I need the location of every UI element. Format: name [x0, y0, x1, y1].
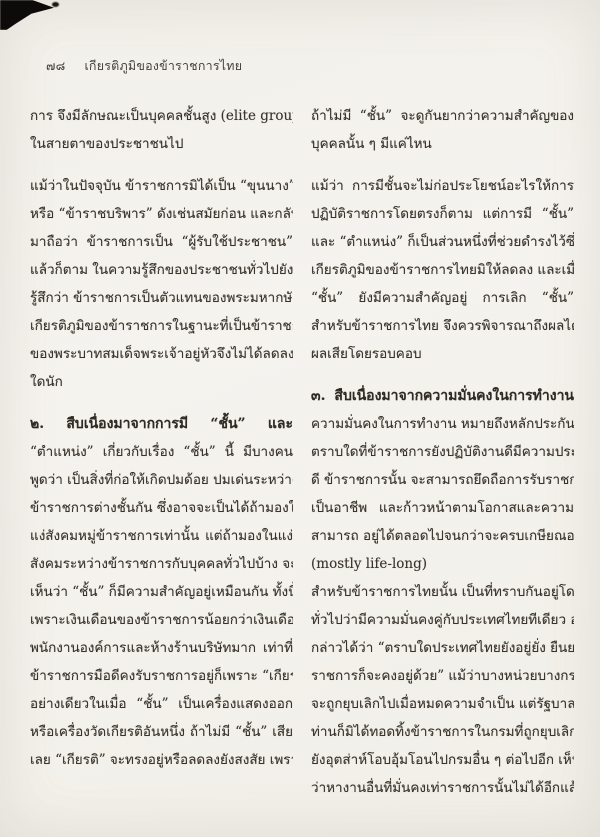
paragraph-block: แม้ว่า การมีชั้นจะไม่ก่อประโยชน์อะไรให้ก… — [311, 172, 574, 368]
text-line: แม้ว่าในปัจจุบัน ข้าราชการมิได้เป็น “ขุน… — [30, 172, 293, 200]
text-line: “ตำแหน่ง” เกี่ยวกับเรื่อง “ชั้น” นี้ มีบ… — [30, 438, 293, 466]
text-line: ยังอุตส่าห์โอบอุ้มโอนไปกรมอื่น ๆ ต่อไปอี… — [311, 746, 574, 774]
text-line: สำหรับข้าราชการไทยนั้น เป็นที่ทราบกันอยู… — [311, 578, 574, 606]
text-line: หรือ “ข้าราชบริพาร” ดังเช่นสมัยก่อน และก… — [30, 200, 293, 228]
text-line: เกียรติภูมิของข้าราชการในฐานะที่เป็นข้าร… — [30, 312, 293, 340]
text-line: จะถูกยุบเลิกไปเมื่อหมดความจำเป็น แต่รัฐบ… — [311, 690, 574, 718]
text-line: ตราบใดที่ข้าราชการยังปฏิบัติงานดีมีความป… — [311, 438, 574, 466]
scanned-book-page: ๗๘ เกียรติภูมิของข้าราชการไทย การ จึงมีล… — [0, 0, 600, 837]
text-line: ท่านก็มิได้ทอดทิ้งข้าราชการในกรมที่ถูกยุ… — [311, 718, 574, 746]
text-line: ของพระบาทสมเด็จพระเจ้าอยู่หัวจึงไม่ได้ลด… — [30, 340, 293, 368]
text-line: พูดว่า เป็นสิ่งที่ก่อให้เกิดปมด้อย ปมเด่… — [30, 466, 293, 494]
text-line: ว่าหางานอื่นที่มั่นคงเท่าราชการนั้นไม่ได… — [311, 774, 574, 802]
section-block: ๒. สืบเนื่องมาจากการมี “ชั้น” และ“ตำแหน่… — [30, 410, 293, 774]
scan-artifact-corner — [0, 0, 54, 30]
text-line: กล่าวได้ว่า “ตราบใดประเทศไทยยังอยู่ยั่ง … — [311, 634, 574, 662]
text-line: เลย “เกียรติ” จะทรงอยู่หรือลดลงยังสงสัย … — [30, 746, 293, 774]
text-line: การ จึงมีลักษณะเป็นบุคคลชั้นสูง (elite g… — [30, 102, 293, 130]
text-line: ถ้าไม่มี “ชั้น” จะดูกันยากว่าความสำคัญขอ… — [311, 102, 574, 130]
text-line: “ชั้น” ยังมีความสำคัญอยู่ การเลิก “ชั้น” — [311, 284, 574, 312]
paragraph-block: ถ้าไม่มี “ชั้น” จะดูกันยากว่าความสำคัญขอ… — [311, 102, 574, 158]
text-line: ความมั่นคงในการทำงาน หมายถึงหลักประกันว่… — [311, 410, 574, 438]
text-line: หรือเครื่องวัดเกียรติอันหนึ่ง ถ้าไม่มี “… — [30, 718, 293, 746]
text-line: เป็นอาชีพ และก้าวหน้าตามโอกาสและความ — [311, 494, 574, 522]
text-line: บุคคลนั้น ๆ มีแค่ไหน — [311, 130, 574, 158]
text-line: และ “ตำแหน่ง” ก็เป็นส่วนหนึ่งที่ช่วยดำรง… — [311, 228, 574, 256]
text-line: ข้าราชการมือดีคงรับราชการอยู่ก็เพราะ “เก… — [30, 662, 293, 690]
text-line: ปฏิบัติราชการโดยตรงก็ตาม แต่การมี “ชั้น” — [311, 200, 574, 228]
running-title: เกียรติภูมิของข้าราชการไทย — [84, 56, 242, 76]
page-number: ๗๘ — [46, 56, 65, 76]
scan-artifact-speck — [52, 2, 59, 7]
text-line: ทั่วไปว่ามีความมั่นคงคู่กับประเทศไทยทีเด… — [311, 606, 574, 634]
text-line: มาถือว่า ข้าราชการเป็น “ผู้รับใช้ประชาชน… — [30, 228, 293, 256]
text-line: พนักงานองค์การและห้างร้านบริษัทมาก เท่าท… — [30, 634, 293, 662]
text-line: สำหรับข้าราชการไทย จึงควรพิจารณาถึงผลได้ — [311, 312, 574, 340]
text-line: ในสายตาของประชาชนไป — [30, 130, 293, 158]
left-column: การ จึงมีลักษณะเป็นบุคคลชั้นสูง (elite g… — [30, 102, 293, 802]
text-line: (mostly life-long) — [311, 550, 574, 578]
text-line: แล้วก็ตาม ในความรู้สึกของประชาชนทั่วไปยั… — [30, 256, 293, 284]
text-line: สามารถ อยู่ได้ตลอดไปจนกว่าจะครบเกษียณอาย… — [311, 522, 574, 550]
text-line: เกียรติภูมิของข้าราชการไทยมิให้ลดลง และเ… — [311, 256, 574, 284]
text-line: ใดนัก — [30, 368, 293, 396]
text-line: รู้สึกว่า ข้าราชการเป็นตัวแทนของพระมหากษ… — [30, 284, 293, 312]
paragraph-block: แม้ว่าในปัจจุบัน ข้าราชการมิได้เป็น “ขุน… — [30, 172, 293, 396]
text-line: ราชการก็จะคงอยู่ด้วย” แม้ว่าบางหน่วยบางก… — [311, 662, 574, 690]
text-line: เห็นว่า “ชั้น” ก็มีความสำคัญอยู่เหมือนกั… — [30, 578, 293, 606]
text-line: แง่สังคมหมู่ข้าราชการเท่านั้น แต่ถ้ามองใ… — [30, 522, 293, 550]
text-line: ผลเสียโดยรอบคอบ — [311, 340, 574, 368]
page-header: ๗๘ เกียรติภูมิของข้าราชการไทย — [46, 56, 570, 76]
text-line: แม้ว่า การมีชั้นจะไม่ก่อประโยชน์อะไรให้ก… — [311, 172, 574, 200]
text-line: ข้าราชการต่างชั้นกัน ซึ่งอาจจะเป็นได้ถ้า… — [30, 494, 293, 522]
text-line: ดี ข้าราชการนั้น จะสามารถยึดถือการรับราช… — [311, 466, 574, 494]
section-heading-line: ๓. สืบเนื่องมาจากความมั่นคงในการทำงาน — [311, 382, 574, 410]
paragraph-block: สำหรับข้าราชการไทยนั้น เป็นที่ทราบกันอยู… — [311, 578, 574, 802]
text-line: เพราะเงินเดือนของข้าราชการน้อยกว่าเงินเด… — [30, 606, 293, 634]
paragraph-block: การ จึงมีลักษณะเป็นบุคคลชั้นสูง (elite g… — [30, 102, 293, 158]
section-heading-line: ๒. สืบเนื่องมาจากการมี “ชั้น” และ — [30, 410, 293, 438]
section-block: ๓. สืบเนื่องมาจากความมั่นคงในการทำงานควา… — [311, 382, 574, 578]
text-line: สังคมระหว่างข้าราชการกับบุคคลทั่วไปบ้าง … — [30, 550, 293, 578]
text-line: อย่างเดียวในเมื่อ “ชั้น” เป็นเครื่องแสดง… — [30, 690, 293, 718]
text-columns: การ จึงมีลักษณะเป็นบุคคลชั้นสูง (elite g… — [30, 102, 574, 802]
right-column: ถ้าไม่มี “ชั้น” จะดูกันยากว่าความสำคัญขอ… — [311, 102, 574, 802]
